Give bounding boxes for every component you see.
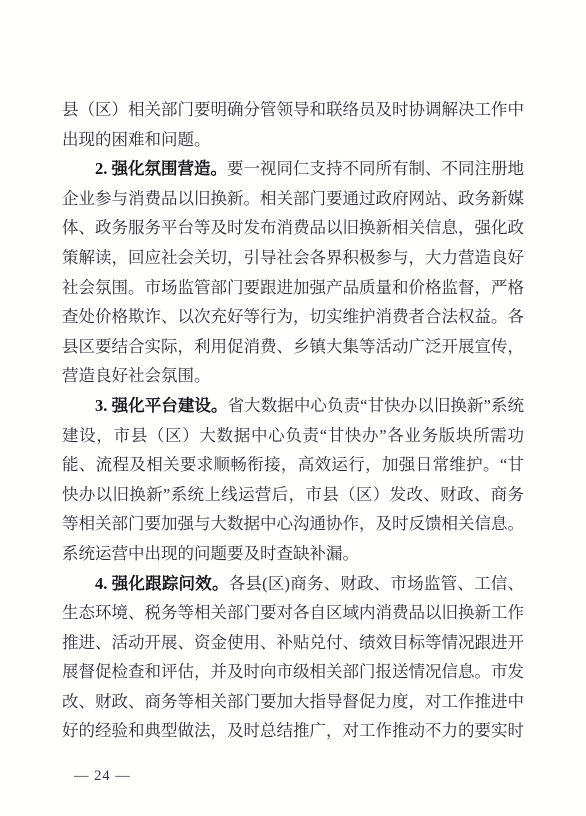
- paragraph-continuation: 县（区）相关部门要明确分管领导和联络员及时协调解决工作中出现的困难和问题。: [62, 95, 524, 154]
- paragraph-heading: 4. 强化跟踪问效。: [95, 574, 229, 593]
- paragraph-heading: 3. 强化平台建设。: [95, 396, 228, 415]
- paragraph-4-tracking: 4. 强化跟踪问效。各县(区)商务、财政、市场监管、工信、生态环境、税务等相关部…: [62, 569, 524, 747]
- document-page: 县（区）相关部门要明确分管领导和联络员及时协调解决工作中出现的困难和问题。 2.…: [0, 0, 586, 816]
- paragraph-heading: 2. 强化氛围营造。: [95, 159, 227, 178]
- page-body-text: 县（区）相关部门要明确分管领导和联络员及时协调解决工作中出现的困难和问题。 2.…: [62, 95, 524, 746]
- paragraph-2-atmosphere: 2. 强化氛围营造。要一视同仁支持不同所有制、不同注册地企业参与消费品以旧换新。…: [62, 154, 524, 391]
- paragraph-body: 各县(区)商务、财政、市场监管、工信、生态环境、税务等相关部门要对各自区域内消费…: [62, 574, 524, 741]
- paragraph-body: 县（区）相关部门要明确分管领导和联络员及时协调解决工作中出现的困难和问题。: [62, 100, 524, 149]
- page-number: — 24 —: [74, 768, 131, 785]
- paragraph-body: 省大数据中心负责“甘快办以旧换新”系统建设，市县（区）大数据中心负责“甘快办”各…: [62, 396, 524, 563]
- paragraph-3-platform: 3. 强化平台建设。省大数据中心负责“甘快办以旧换新”系统建设，市县（区）大数据…: [62, 391, 524, 569]
- paragraph-body: 要一视同仁支持不同所有制、不同注册地企业参与消费品以旧换新。相关部门要通过政府网…: [62, 159, 524, 385]
